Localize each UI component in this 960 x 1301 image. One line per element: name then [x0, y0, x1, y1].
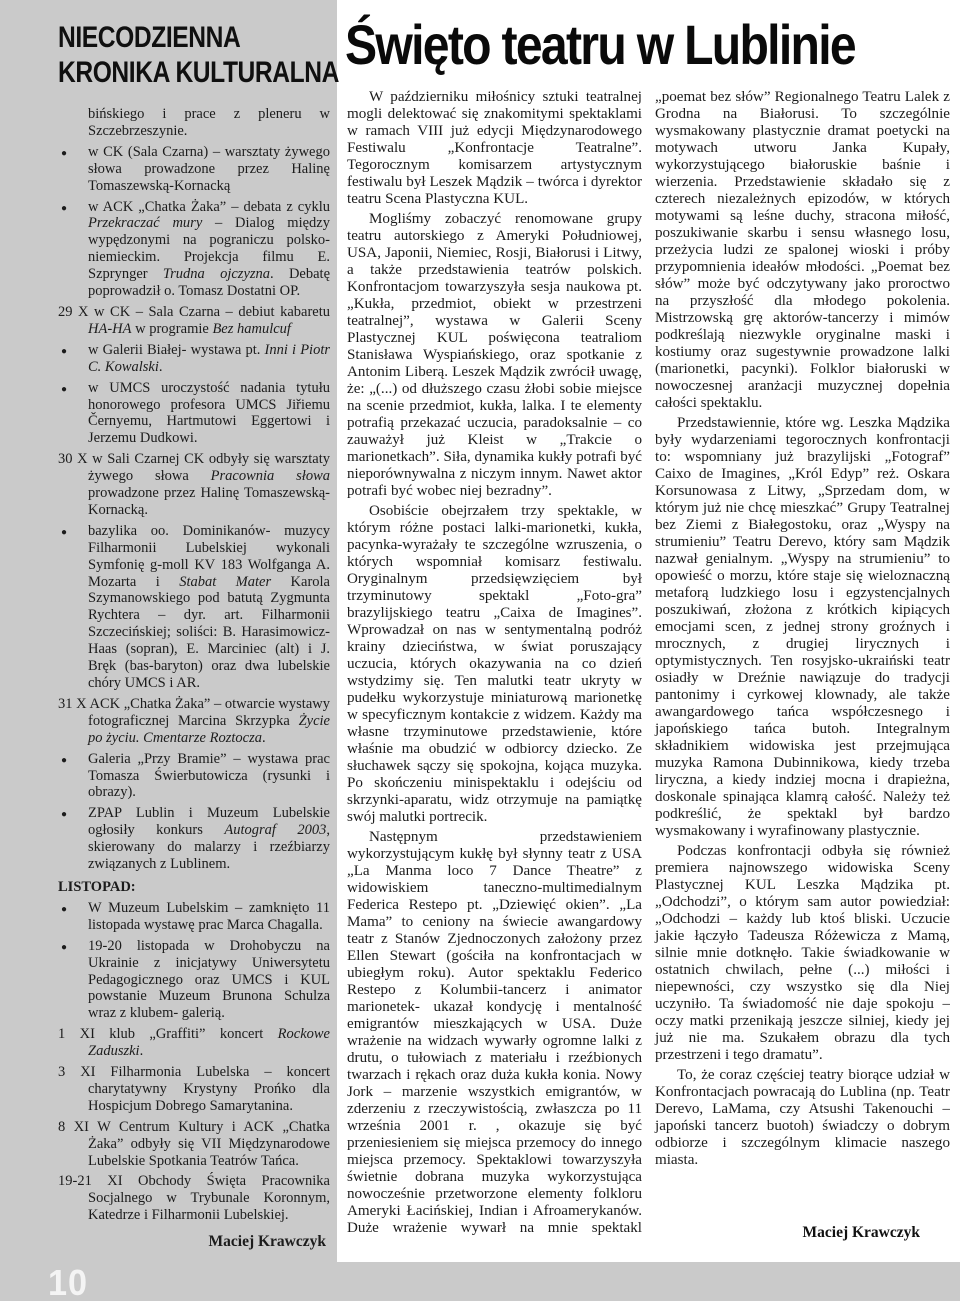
text-segment: LISTOPAD: [58, 879, 136, 895]
bullet-icon: ● [61, 940, 67, 957]
sidebar-entries: bińskiego i prace z pleneru w Szczebrzes… [58, 106, 330, 1224]
text-segment: 8 XI W Centrum Kultury i ACK „Chatka Żak… [58, 1119, 330, 1169]
sidebar-entry-bullet: ●19-20 listopada w Drohobyczu na Ukraini… [58, 938, 330, 1023]
page-number: 10 [48, 1262, 88, 1301]
sidebar-entry-date: 1 XI klub „Graffiti” koncert Rockowe Zad… [58, 1026, 330, 1060]
sidebar-signature: Maciej Krawczyk [58, 1233, 330, 1251]
text-segment: 1 XI klub „Graffiti” koncert [58, 1026, 278, 1042]
text-segment: Autograf 2003 [224, 822, 326, 838]
article-panel: Święto teatru w Lublinie W październiku … [337, 0, 960, 1262]
bullet-icon: ● [61, 344, 67, 361]
sidebar-entry-bullet: ●W Muzeum Lubelskim – zamknięto 11 listo… [58, 900, 330, 934]
bullet-icon: ● [61, 753, 67, 770]
article-paragraph: To, że coraz częściej teatry biorące udz… [655, 1067, 950, 1169]
sidebar-entry-bullet: ●w ACK „Chatka Żaka” – debata z cyklu Pr… [58, 199, 330, 300]
article-paragraph: Przedstawiennie, które wg. Leszka Mądzik… [655, 415, 950, 840]
sidebar-entry-bullet: ●bazylika oo. Dominikanów- muzycy Filhar… [58, 523, 330, 692]
text-segment: HA-HA [88, 321, 132, 337]
bullet-icon: ● [61, 201, 67, 218]
text-segment: w Galerii Białej- wystawa pt. [88, 342, 265, 358]
text-segment: Trudna ojczyzna [163, 266, 270, 282]
text-segment: Karola Szymanowskiego pod batutą Zygmunt… [88, 574, 330, 691]
sidebar-entry-date: 19-21 XI Obchody Święta Pracownika Socja… [58, 1173, 330, 1224]
bullet-icon: ● [61, 382, 67, 399]
text-segment: 29 X w CK – Sala Czarna – debiut kabaret… [58, 304, 330, 320]
sidebar-entry-date: 8 XI W Centrum Kultury i ACK „Chatka Żak… [58, 1119, 330, 1170]
sidebar-entry-label: LISTOPAD: [58, 879, 330, 896]
sidebar-entry-date: 29 X w CK – Sala Czarna – debiut kabaret… [58, 304, 330, 338]
text-segment: Osobiście obejrzałem trzy spektakle, w k… [347, 503, 642, 825]
text-segment: . [262, 730, 266, 746]
sidebar-entry-bullet: ●w CK (Sala Czarna) – warsztaty żywego s… [58, 144, 330, 195]
text-segment: . [159, 359, 163, 375]
text-segment: W Muzeum Lubelskim – zamknięto 11 listop… [88, 900, 330, 933]
sidebar-title-line1: NIECODZIENNA [58, 20, 281, 55]
text-segment: w CK (Sala Czarna) – warsztaty żywego sł… [88, 144, 330, 194]
sidebar-entry-bullet: ●ZPAP Lublin i Muzeum Lubelskie ogłosiły… [58, 805, 330, 873]
text-segment: prowadzone przez Halinę Tomaszewską-Korn… [88, 485, 330, 518]
sidebar-entry-cont: bińskiego i prace z pleneru w Szczebrzes… [58, 106, 330, 140]
article-paragraph: Osobiście obejrzałem trzy spektakle, w k… [347, 503, 642, 826]
sidebar-entry-bullet: ●Galeria „Przy Bramie” – wystawa prac To… [58, 751, 330, 802]
sidebar-kronika: NIECODZIENNA KRONIKA KULTURALNA bińskieg… [58, 20, 330, 1251]
article-body: W październiku miłośnicy sztuki teatraln… [347, 89, 950, 1241]
page-root: { "colors":{"page_bg":"#cacaca","panel_b… [0, 0, 960, 1301]
text-segment: 19-20 listopada w Drohobyczu na Ukrainie… [88, 938, 330, 1022]
bullet-icon: ● [61, 902, 67, 919]
text-segment: 31 X ACK „Chatka Żaka” – otwarcie wystaw… [58, 696, 330, 729]
text-segment: Galeria „Przy Bramie” – wystawa prac Tom… [88, 751, 330, 801]
text-segment: . [140, 1043, 144, 1059]
text-segment: Przekraczać mury [88, 215, 202, 231]
text-segment: Mogliśmy zobaczyć renomowane grupy teatr… [347, 211, 642, 499]
text-segment: 3 XI Filharmonia Lubelska – koncert char… [58, 1064, 330, 1114]
article-paragraph: Podczas konfrontacji odbyła się również … [655, 843, 950, 1064]
sidebar-entry-date: 3 XI Filharmonia Lubelska – koncert char… [58, 1064, 330, 1115]
text-segment: W październiku miłośnicy sztuki teatraln… [347, 89, 642, 207]
bullet-icon: ● [61, 525, 67, 542]
article-paragraph: W październiku miłośnicy sztuki teatraln… [347, 89, 642, 208]
text-segment: Podczas konfrontacji odbyła się również … [655, 843, 950, 1063]
text-segment: Pracownia słowa [211, 468, 330, 484]
bullet-icon: ● [61, 146, 67, 163]
article-title: Święto teatru w Lublinie [345, 14, 874, 76]
article-paragraph: Mogliśmy zobaczyć renomowane grupy teatr… [347, 211, 642, 500]
text-segment: To, że coraz częściej teatry biorące udz… [655, 1067, 950, 1168]
text-segment: w UMCS uroczystość nadania tytułu honoro… [88, 380, 330, 447]
sidebar-entry-date: 31 X ACK „Chatka Żaka” – otwarcie wystaw… [58, 696, 330, 747]
text-segment: Bez hamulcuf [212, 321, 291, 337]
sidebar-title-line2: KRONIKA KULTURALNA [58, 55, 281, 90]
sidebar-entry-date: 30 X w Sali Czarnej CK odbyły się warszt… [58, 451, 330, 519]
article-signature: Maciej Krawczyk [803, 1224, 921, 1242]
sidebar-entry-bullet: ●w Galerii Białej- wystawa pt. Inni i Pi… [58, 342, 330, 376]
bullet-icon: ● [61, 807, 67, 824]
text-segment: Przedstawiennie, które wg. Leszka Mądzik… [655, 415, 950, 839]
text-segment: w ACK „Chatka Żaka” – debata z cyklu [88, 199, 330, 215]
text-segment: w programie [132, 321, 213, 337]
text-segment: Stabat Mater [179, 574, 271, 590]
text-segment: 19-21 XI Obchody Święta Pracownika Socja… [58, 1173, 330, 1223]
sidebar-entry-bullet: ●w UMCS uroczystość nadania tytułu honor… [58, 380, 330, 448]
sidebar-title: NIECODZIENNA KRONIKA KULTURALNA [58, 20, 281, 90]
text-segment: bińskiego i prace z pleneru w Szczebrzes… [88, 106, 330, 139]
